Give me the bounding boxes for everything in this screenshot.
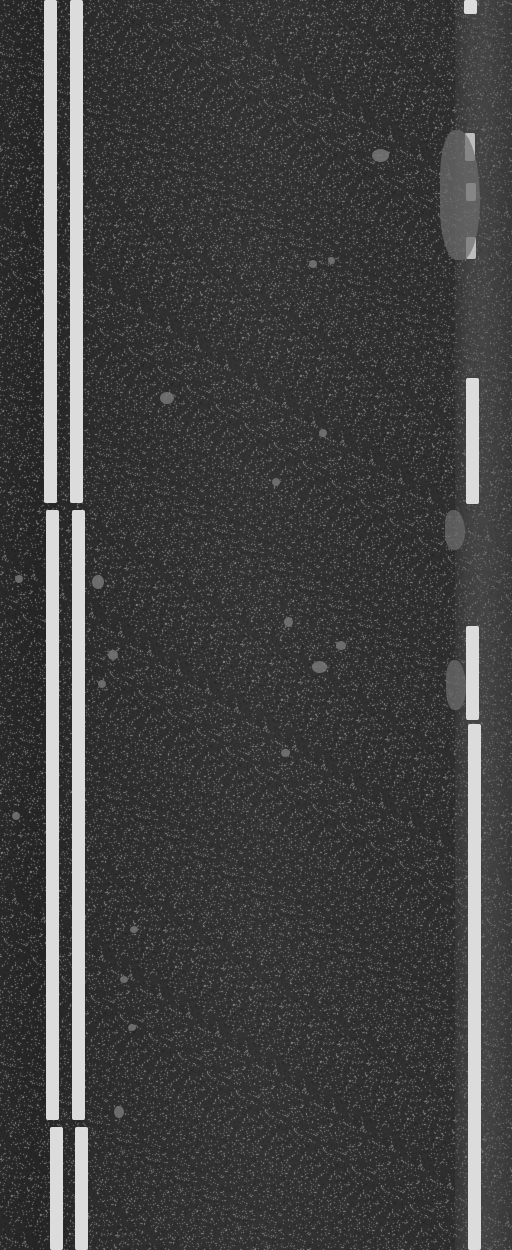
paint-stain [128, 1024, 136, 1031]
center-line-left-segment [50, 1127, 63, 1250]
paint-stain [15, 575, 23, 583]
center-line-right-segment [75, 1127, 88, 1250]
paint-stain [284, 617, 293, 627]
paint-patch [446, 660, 466, 710]
center-line-left-segment [44, 0, 57, 503]
paint-patch [445, 510, 465, 550]
paint-stain [319, 429, 327, 437]
edge-line-solid [468, 724, 481, 1250]
paint-stain [272, 478, 280, 486]
paint-stain [336, 641, 346, 650]
asphalt-road [0, 0, 512, 1250]
center-line-right-segment [72, 510, 85, 1120]
paint-stain [130, 926, 138, 933]
paint-stain [114, 1106, 124, 1118]
center-line-right-segment [70, 0, 83, 503]
paint-stain [160, 392, 174, 404]
center-line-left-segment [46, 510, 59, 1120]
edge-line-dash [466, 626, 479, 720]
paint-stain [12, 812, 20, 820]
paint-stain [372, 149, 389, 162]
paint-stain [108, 650, 118, 660]
paint-stain [328, 257, 335, 264]
paint-stain [92, 575, 104, 589]
paint-stain [309, 260, 317, 268]
paint-stain [120, 976, 128, 983]
paint-stain [281, 749, 290, 757]
paint-stain [98, 680, 106, 688]
edge-line-dash [464, 0, 477, 14]
edge-line-dash [466, 378, 479, 504]
paint-stain [312, 661, 327, 673]
